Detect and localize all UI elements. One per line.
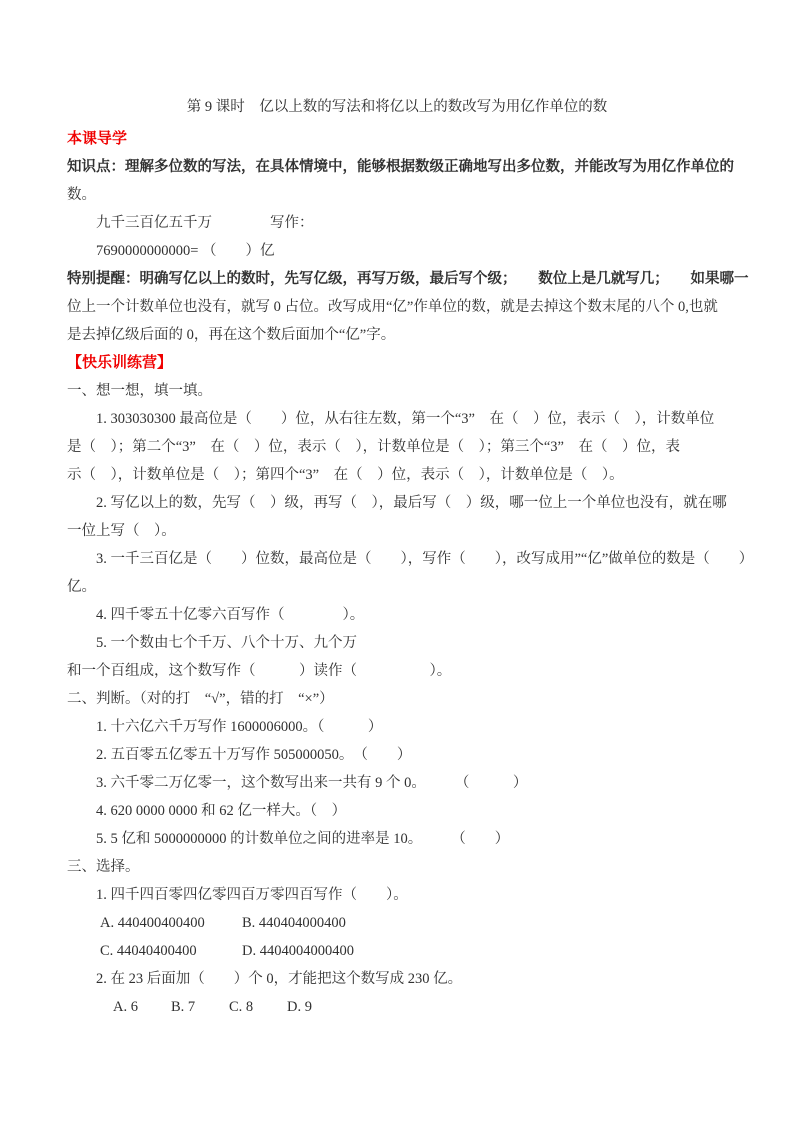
worksheet-page: 第 9 课时 亿以上数的写法和将亿以上的数改写为用亿作单位的数 本课导学知识点：… — [0, 0, 793, 1122]
fill-question-5: 5. 一个数由七个千万、八个十万、九个万 — [67, 629, 727, 657]
line-text: 5. 一个数由七个千万、八个十万、九个万 — [67, 635, 357, 651]
line-text: 三、选择。 — [67, 859, 140, 875]
line-text: 示（ ），计数单位是（ ）；第四个“3” 在（ ）位，表示（ ），计数单位是（ … — [67, 467, 624, 483]
choice-question-2: 2. 在 23 后面加（ ）个 0，才能把这个数写成 230 亿。 — [67, 965, 727, 993]
line-text: 1. 十六亿六千万写作 1600006000。（ ） — [67, 719, 382, 735]
knowledge-point-line: 数。 — [67, 181, 727, 209]
choice-question-1: 1. 四千四百零四亿零四百万零四百写作（ ）。 — [67, 881, 727, 909]
fill-question-3: 亿。 — [67, 573, 727, 601]
training-camp-heading: 【快乐训练营】 — [67, 349, 727, 377]
option-c: C. 44040400400 — [100, 937, 242, 965]
line-text: 5. 5 亿和 5000000000 的计数单位之间的进率是 10。 （ ） — [67, 831, 509, 847]
line-text: 位上一个计数单位也没有，就写 0 占位。改写成用“亿”作单位的数，就是去掉这个数… — [67, 299, 718, 315]
line-text: 3. 一千三百亿是（ ）位数，最高位是（ ），写作（ ），改写成用”“亿”做单位… — [67, 551, 753, 567]
fill-question-5: 和一个百组成，这个数写作（ ）读作（ ）。 — [67, 657, 727, 685]
fill-question-2: 一位上写（ ）。 — [67, 517, 727, 545]
line-text: 【快乐训练营】 — [67, 354, 172, 371]
fill-question-3: 3. 一千三百亿是（ ）位数，最高位是（ ），写作（ ），改写成用”“亿”做单位… — [67, 545, 727, 573]
fill-question-1: 示（ ），计数单位是（ ）；第四个“3” 在（ ）位，表示（ ），计数单位是（ … — [67, 461, 727, 489]
judge-question-5: 5. 5 亿和 5000000000 的计数单位之间的进率是 10。 （ ） — [67, 825, 727, 853]
line-text: 明确写亿以上的数时，先写亿级，再写万级，最后写个级； 数位上是几就写几； 如果哪… — [140, 271, 749, 287]
knowledge-point-line: 知识点：理解多位数的写法，在具体情境中，能够根据数级正确地写出多位数，并能改写为… — [67, 153, 727, 181]
line-text: 数。 — [67, 187, 96, 203]
option-c: C. 8 — [229, 993, 287, 1021]
document-lines: 本课导学知识点：理解多位数的写法，在具体情境中，能够根据数级正确地写出多位数，并… — [67, 125, 727, 1021]
line-text: 理解多位数的写法，在具体情境中，能够根据数级正确地写出多位数，并能改写为用亿作单… — [125, 159, 734, 175]
line-text: 4. 620 0000 0000 和 62 亿一样大。（ ） — [67, 803, 346, 819]
fill-question-4: 4. 四千零五十亿零六百写作（ ）。 — [67, 601, 727, 629]
judge-question-3: 3. 六千零二万亿零一，这个数写出来一共有 9 个 0。 （ ） — [67, 769, 727, 797]
example-write-line: 九千三百亿五千万 写作： — [67, 209, 727, 237]
option-b: B. 440404000400 — [242, 909, 384, 937]
line-text: 是去掉亿级后面的 0，再在这个数后面加个“亿”字。 — [67, 327, 395, 343]
choice-question-1-options: A. 440400400400B. 440404000400 — [67, 909, 727, 937]
line-text: 是（ ）；第二个“3” 在（ ）位，表示（ ），计数单位是（ ）；第三个“3” … — [67, 439, 680, 455]
judge-question-1: 1. 十六亿六千万写作 1600006000。（ ） — [67, 713, 727, 741]
line-text: 2. 写亿以上的数，先写（ ）级，再写（ ），最后写（ ）级，哪一位上一个单位也… — [67, 495, 727, 511]
reminder-line: 是去掉亿级后面的 0，再在这个数后面加个“亿”字。 — [67, 321, 727, 349]
option-b: B. 7 — [171, 993, 229, 1021]
fill-question-1: 是（ ）；第二个“3” 在（ ）位，表示（ ），计数单位是（ ）；第三个“3” … — [67, 433, 727, 461]
line-text: 2. 在 23 后面加（ ）个 0，才能把这个数写成 230 亿。 — [67, 971, 462, 987]
line-text: 和一个百组成，这个数写作（ ）读作（ ）。 — [67, 663, 451, 679]
option-a: A. 6 — [113, 993, 171, 1021]
reminder-line: 特别提醒：明确写亿以上的数时，先写亿级，再写万级，最后写个级； 数位上是几就写几… — [67, 265, 727, 293]
judge-question-4: 4. 620 0000 0000 和 62 亿一样大。（ ） — [67, 797, 727, 825]
judge-question-2: 2. 五百零五亿零五十万写作 505000050。 （ ） — [67, 741, 727, 769]
line-text: 3. 六千零二万亿零一，这个数写出来一共有 9 个 0。 （ ） — [67, 775, 527, 791]
guide-heading: 本课导学 — [67, 125, 727, 153]
bold-label: 特别提醒： — [67, 271, 140, 287]
fill-question-2: 2. 写亿以上的数，先写（ ）级，再写（ ），最后写（ ）级，哪一位上一个单位也… — [67, 489, 727, 517]
choice-question-2-options: A. 6B. 7C. 8D. 9 — [67, 993, 727, 1021]
bold-label: 知识点： — [67, 159, 125, 175]
page-title: 第 9 课时 亿以上数的写法和将亿以上的数改写为用亿作单位的数 — [67, 96, 727, 118]
line-text: 1. 四千四百零四亿零四百万零四百写作（ ）。 — [67, 887, 408, 903]
section-1-heading: 一、想一想，填一填。 — [67, 377, 727, 405]
choice-question-1-options: C. 44040400400D. 4404004000400 — [67, 937, 727, 965]
line-text: 九千三百亿五千万 写作： — [67, 215, 314, 231]
option-d: D. 4404004000400 — [242, 937, 384, 965]
line-text: 本课导学 — [67, 130, 127, 147]
line-text: 7690000000000= （ ）亿 — [67, 243, 275, 259]
option-a: A. 440400400400 — [100, 909, 242, 937]
line-text: 一、想一想，填一填。 — [67, 383, 212, 399]
section-3-heading: 三、选择。 — [67, 853, 727, 881]
example-convert-line: 7690000000000= （ ）亿 — [67, 237, 727, 265]
reminder-line: 位上一个计数单位也没有，就写 0 占位。改写成用“亿”作单位的数，就是去掉这个数… — [67, 293, 727, 321]
line-text: 4. 四千零五十亿零六百写作（ ）。 — [67, 607, 364, 623]
line-text: 1. 303030300 最高位是（ ）位，从右往左数，第一个“3” 在（ ）位… — [67, 411, 714, 427]
line-text: 亿。 — [67, 579, 96, 595]
line-text: 一位上写（ ）。 — [67, 523, 176, 539]
section-2-heading: 二、判断。（对的打 “√”，错的打 “×”） — [67, 685, 727, 713]
option-d: D. 9 — [287, 993, 345, 1021]
line-text: 2. 五百零五亿零五十万写作 505000050。 （ ） — [67, 747, 411, 763]
line-text: 二、判断。（对的打 “√”，错的打 “×”） — [67, 691, 334, 707]
fill-question-1: 1. 303030300 最高位是（ ）位，从右往左数，第一个“3” 在（ ）位… — [67, 405, 727, 433]
